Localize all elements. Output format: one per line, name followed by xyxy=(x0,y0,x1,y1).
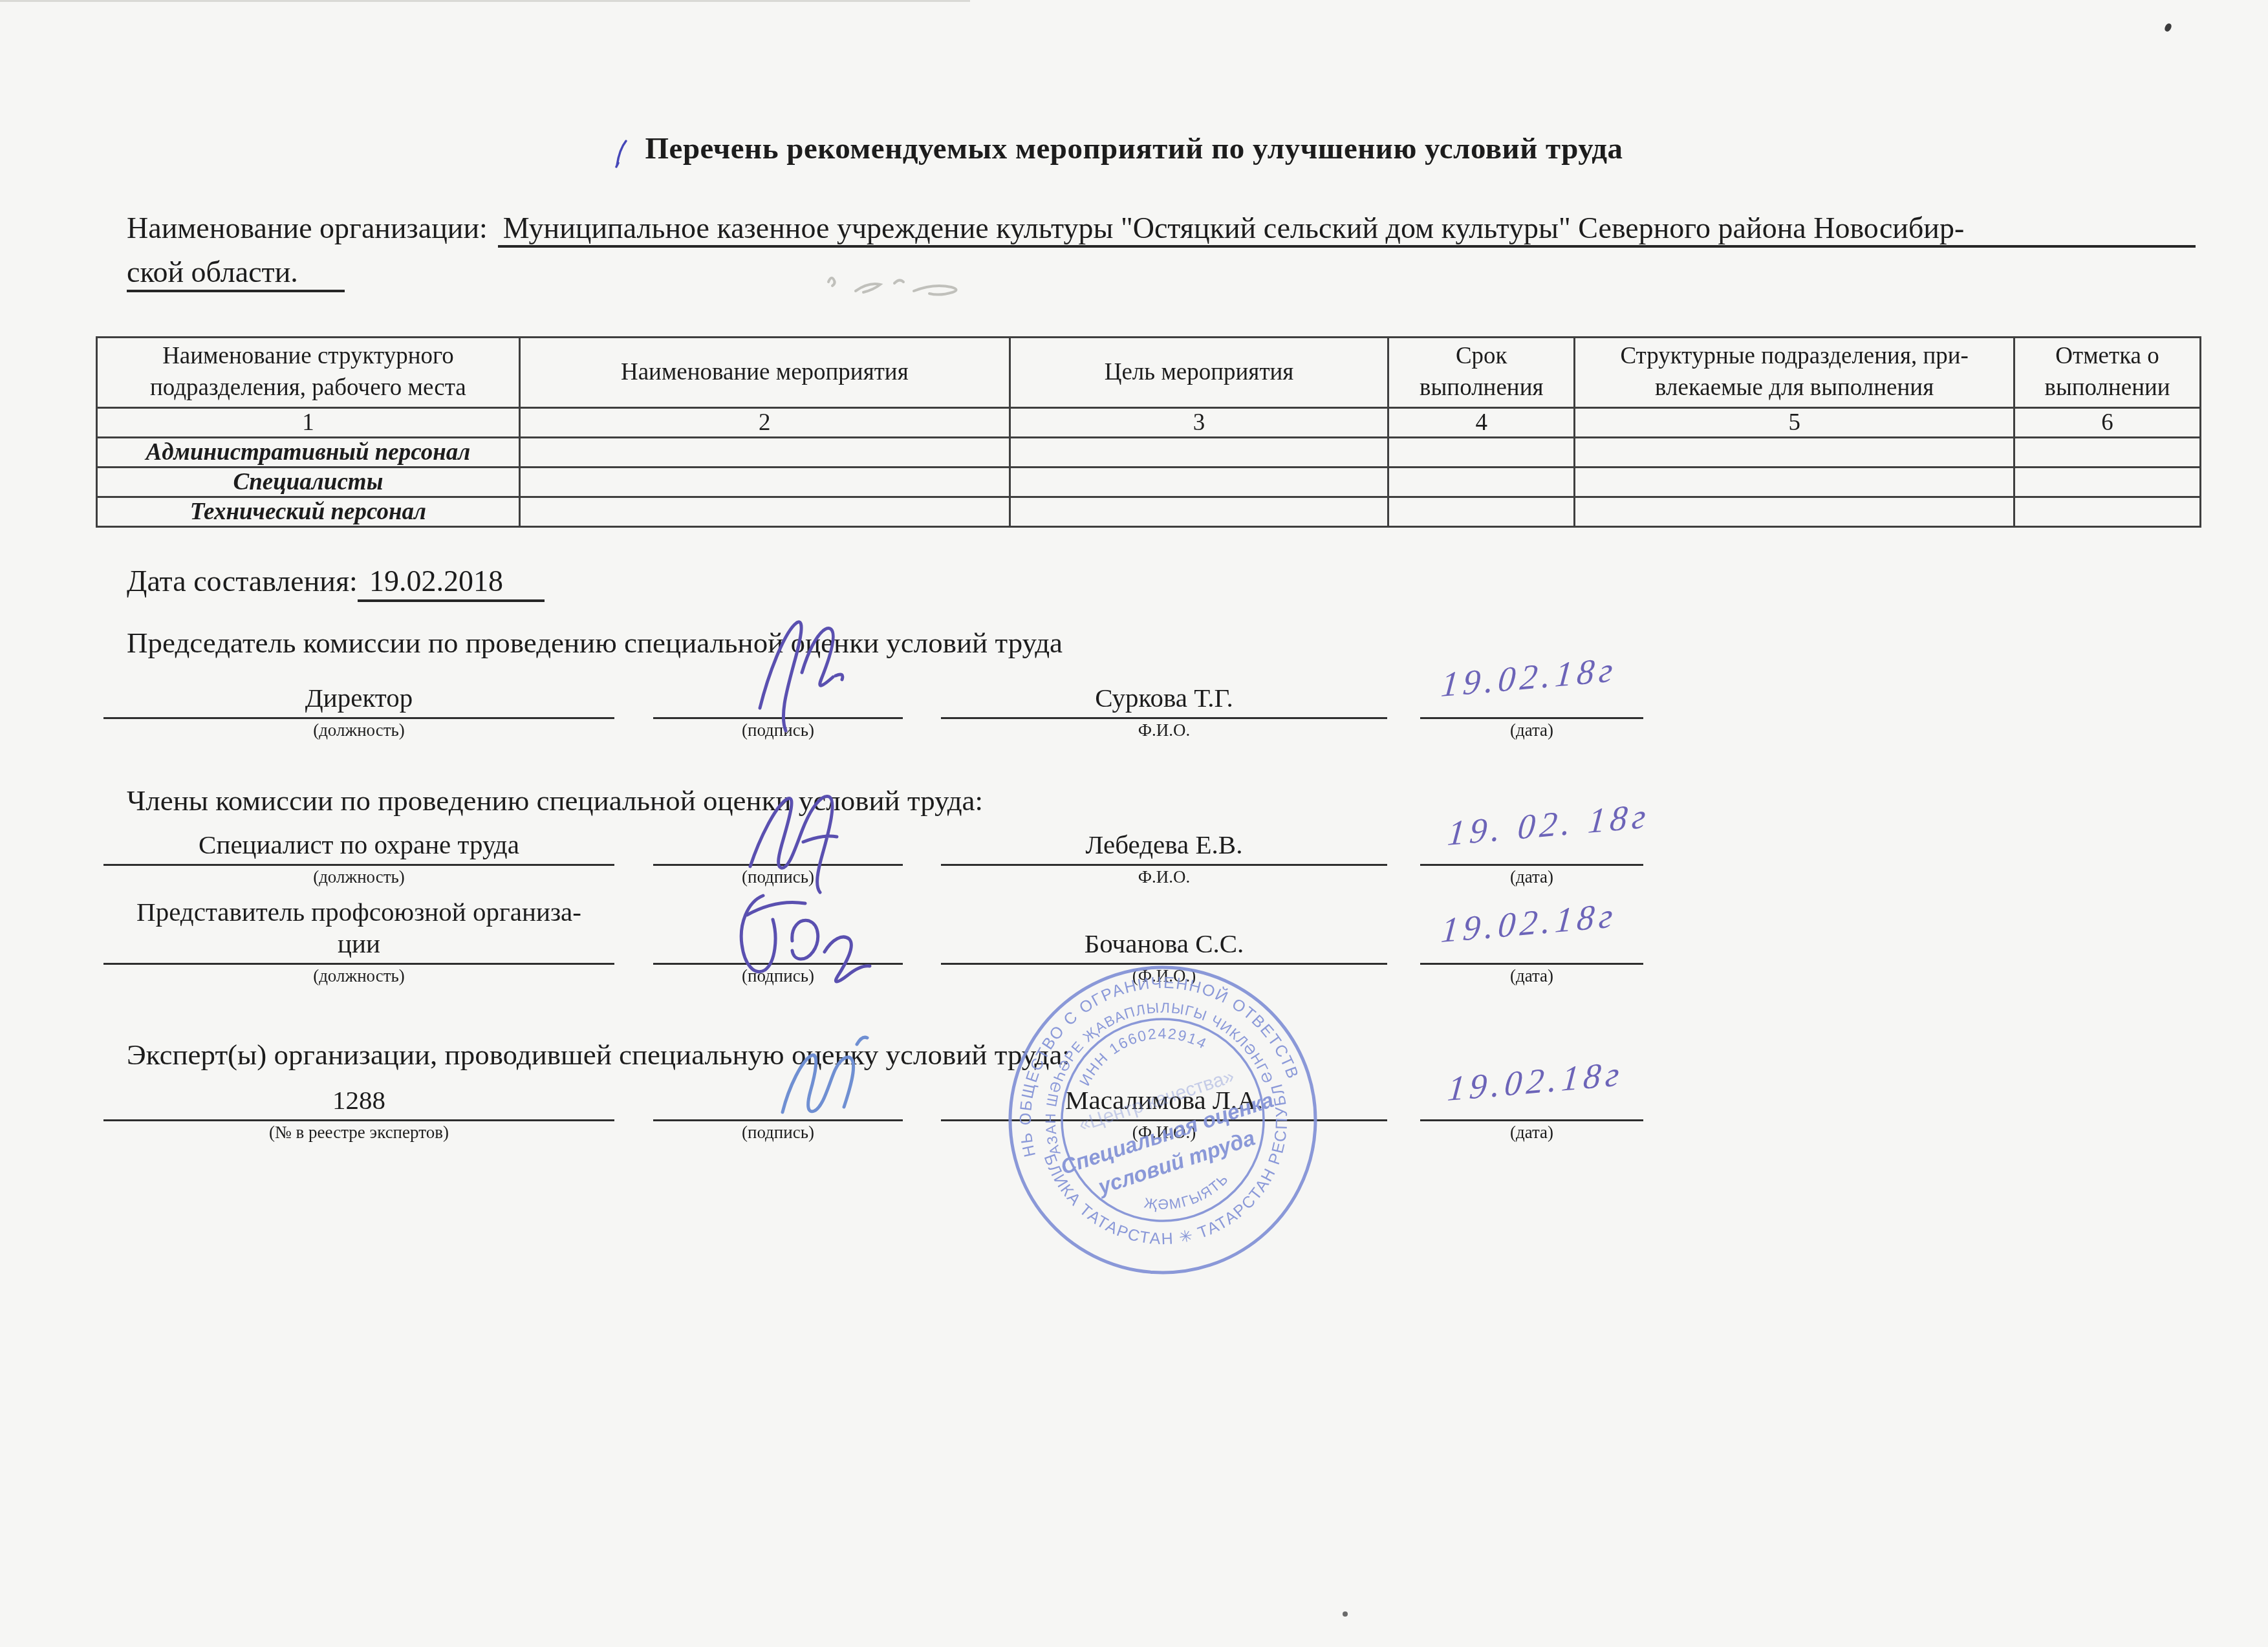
pencil-scribble xyxy=(817,269,1030,314)
expert-heading: Эксперт(ы) организации, проводившей спец… xyxy=(127,1038,1070,1071)
date-caption: (дата) xyxy=(1420,720,1643,740)
header-purpose: Цель мероприятия xyxy=(1010,338,1388,408)
position-caption: (должность) xyxy=(103,966,614,986)
name-caption: Ф.И.О. xyxy=(941,867,1387,887)
position-caption: (должность) xyxy=(103,867,614,887)
table-row: Специалисты xyxy=(97,468,2201,497)
organization-label: Наименование организации: xyxy=(127,211,498,248)
row-name-technical: Технический персонал xyxy=(97,497,520,527)
member2-position: Представитель профсоюзной организа- ции xyxy=(103,886,614,965)
chairman-name: Суркова Т.Г. xyxy=(941,667,1387,719)
organization-value-line1: Муниципальное казенное учреждение культу… xyxy=(498,211,2196,248)
col-number: 3 xyxy=(1010,408,1388,438)
empty-cell xyxy=(1575,438,2014,468)
scan-edge-artifact xyxy=(0,0,970,2)
empty-cell xyxy=(1575,468,2014,497)
organization-value-line2: ской области. xyxy=(127,255,345,292)
row-name-admin: Административный персонал xyxy=(97,438,520,468)
measures-table: Наименование структурного подразделения,… xyxy=(96,336,2201,528)
row-name-specialists: Специалисты xyxy=(97,468,520,497)
chairman-position: Директор xyxy=(103,667,614,719)
compilation-date-line: Дата составления: 19.02.2018 xyxy=(127,564,545,602)
col-number: 1 xyxy=(97,408,520,438)
date-caption: (дата) xyxy=(1420,867,1643,887)
expert-signature xyxy=(753,1015,896,1138)
compilation-date-label: Дата составления: xyxy=(127,564,358,602)
column-number-row: 1 2 3 4 5 6 xyxy=(97,408,2201,438)
member2-signature xyxy=(708,879,889,1002)
empty-cell xyxy=(1388,438,1575,468)
header-deadline: Срок выполнения xyxy=(1388,338,1575,408)
scan-speck xyxy=(1343,1611,1348,1617)
scan-speck xyxy=(2163,23,2172,33)
empty-cell xyxy=(519,438,1010,468)
expert-registry-number: 1288 xyxy=(103,1069,614,1121)
compilation-date-value: 19.02.2018 xyxy=(358,564,545,602)
date-caption: (дата) xyxy=(1420,966,1643,986)
empty-cell xyxy=(2014,438,2201,468)
col-number: 4 xyxy=(1388,408,1575,438)
col-number: 5 xyxy=(1575,408,2014,438)
table-header-row: Наименование структурного подразделения,… xyxy=(97,338,2201,408)
empty-cell xyxy=(2014,497,2201,527)
scanned-document-page: Перечень рекомендуемых мероприятий по ул… xyxy=(0,0,2268,1647)
organization-line2: ской области. xyxy=(127,255,345,289)
header-involved-units: Структурные подразделения, при- влекаемы… xyxy=(1575,338,2014,408)
empty-cell xyxy=(1010,438,1388,468)
empty-cell xyxy=(1010,497,1388,527)
member1-position: Специалист по охране труда xyxy=(103,813,614,866)
col-number: 2 xyxy=(519,408,1010,438)
document-title: Перечень рекомендуемых мероприятий по ул… xyxy=(0,131,2268,166)
date-caption: (дата) xyxy=(1420,1123,1643,1143)
header-completion-mark: Отметка о выполнении xyxy=(2014,338,2201,408)
empty-cell xyxy=(1010,468,1388,497)
organization-line: Наименование организации: Муниципальное … xyxy=(127,211,2196,248)
empty-cell xyxy=(1388,468,1575,497)
member1-name: Лебедева Е.В. xyxy=(941,813,1387,866)
empty-cell xyxy=(1575,497,2014,527)
position-caption: (должность) xyxy=(103,720,614,740)
header-department: Наименование структурного подразделения,… xyxy=(97,338,520,408)
empty-cell xyxy=(519,468,1010,497)
expert-number-caption: (№ в реестре экспертов) xyxy=(103,1123,614,1143)
empty-cell xyxy=(1388,497,1575,527)
chairman-signature xyxy=(724,611,880,744)
table-row: Технический персонал xyxy=(97,497,2201,527)
table-row: Административный персонал xyxy=(97,438,2201,468)
name-caption: Ф.И.О. xyxy=(941,720,1387,740)
empty-cell xyxy=(519,497,1010,527)
empty-cell xyxy=(2014,468,2201,497)
chairman-heading: Председатель комиссии по проведению спец… xyxy=(127,626,1063,660)
col-number: 6 xyxy=(2014,408,2201,438)
header-measure: Наименование мероприятия xyxy=(519,338,1010,408)
